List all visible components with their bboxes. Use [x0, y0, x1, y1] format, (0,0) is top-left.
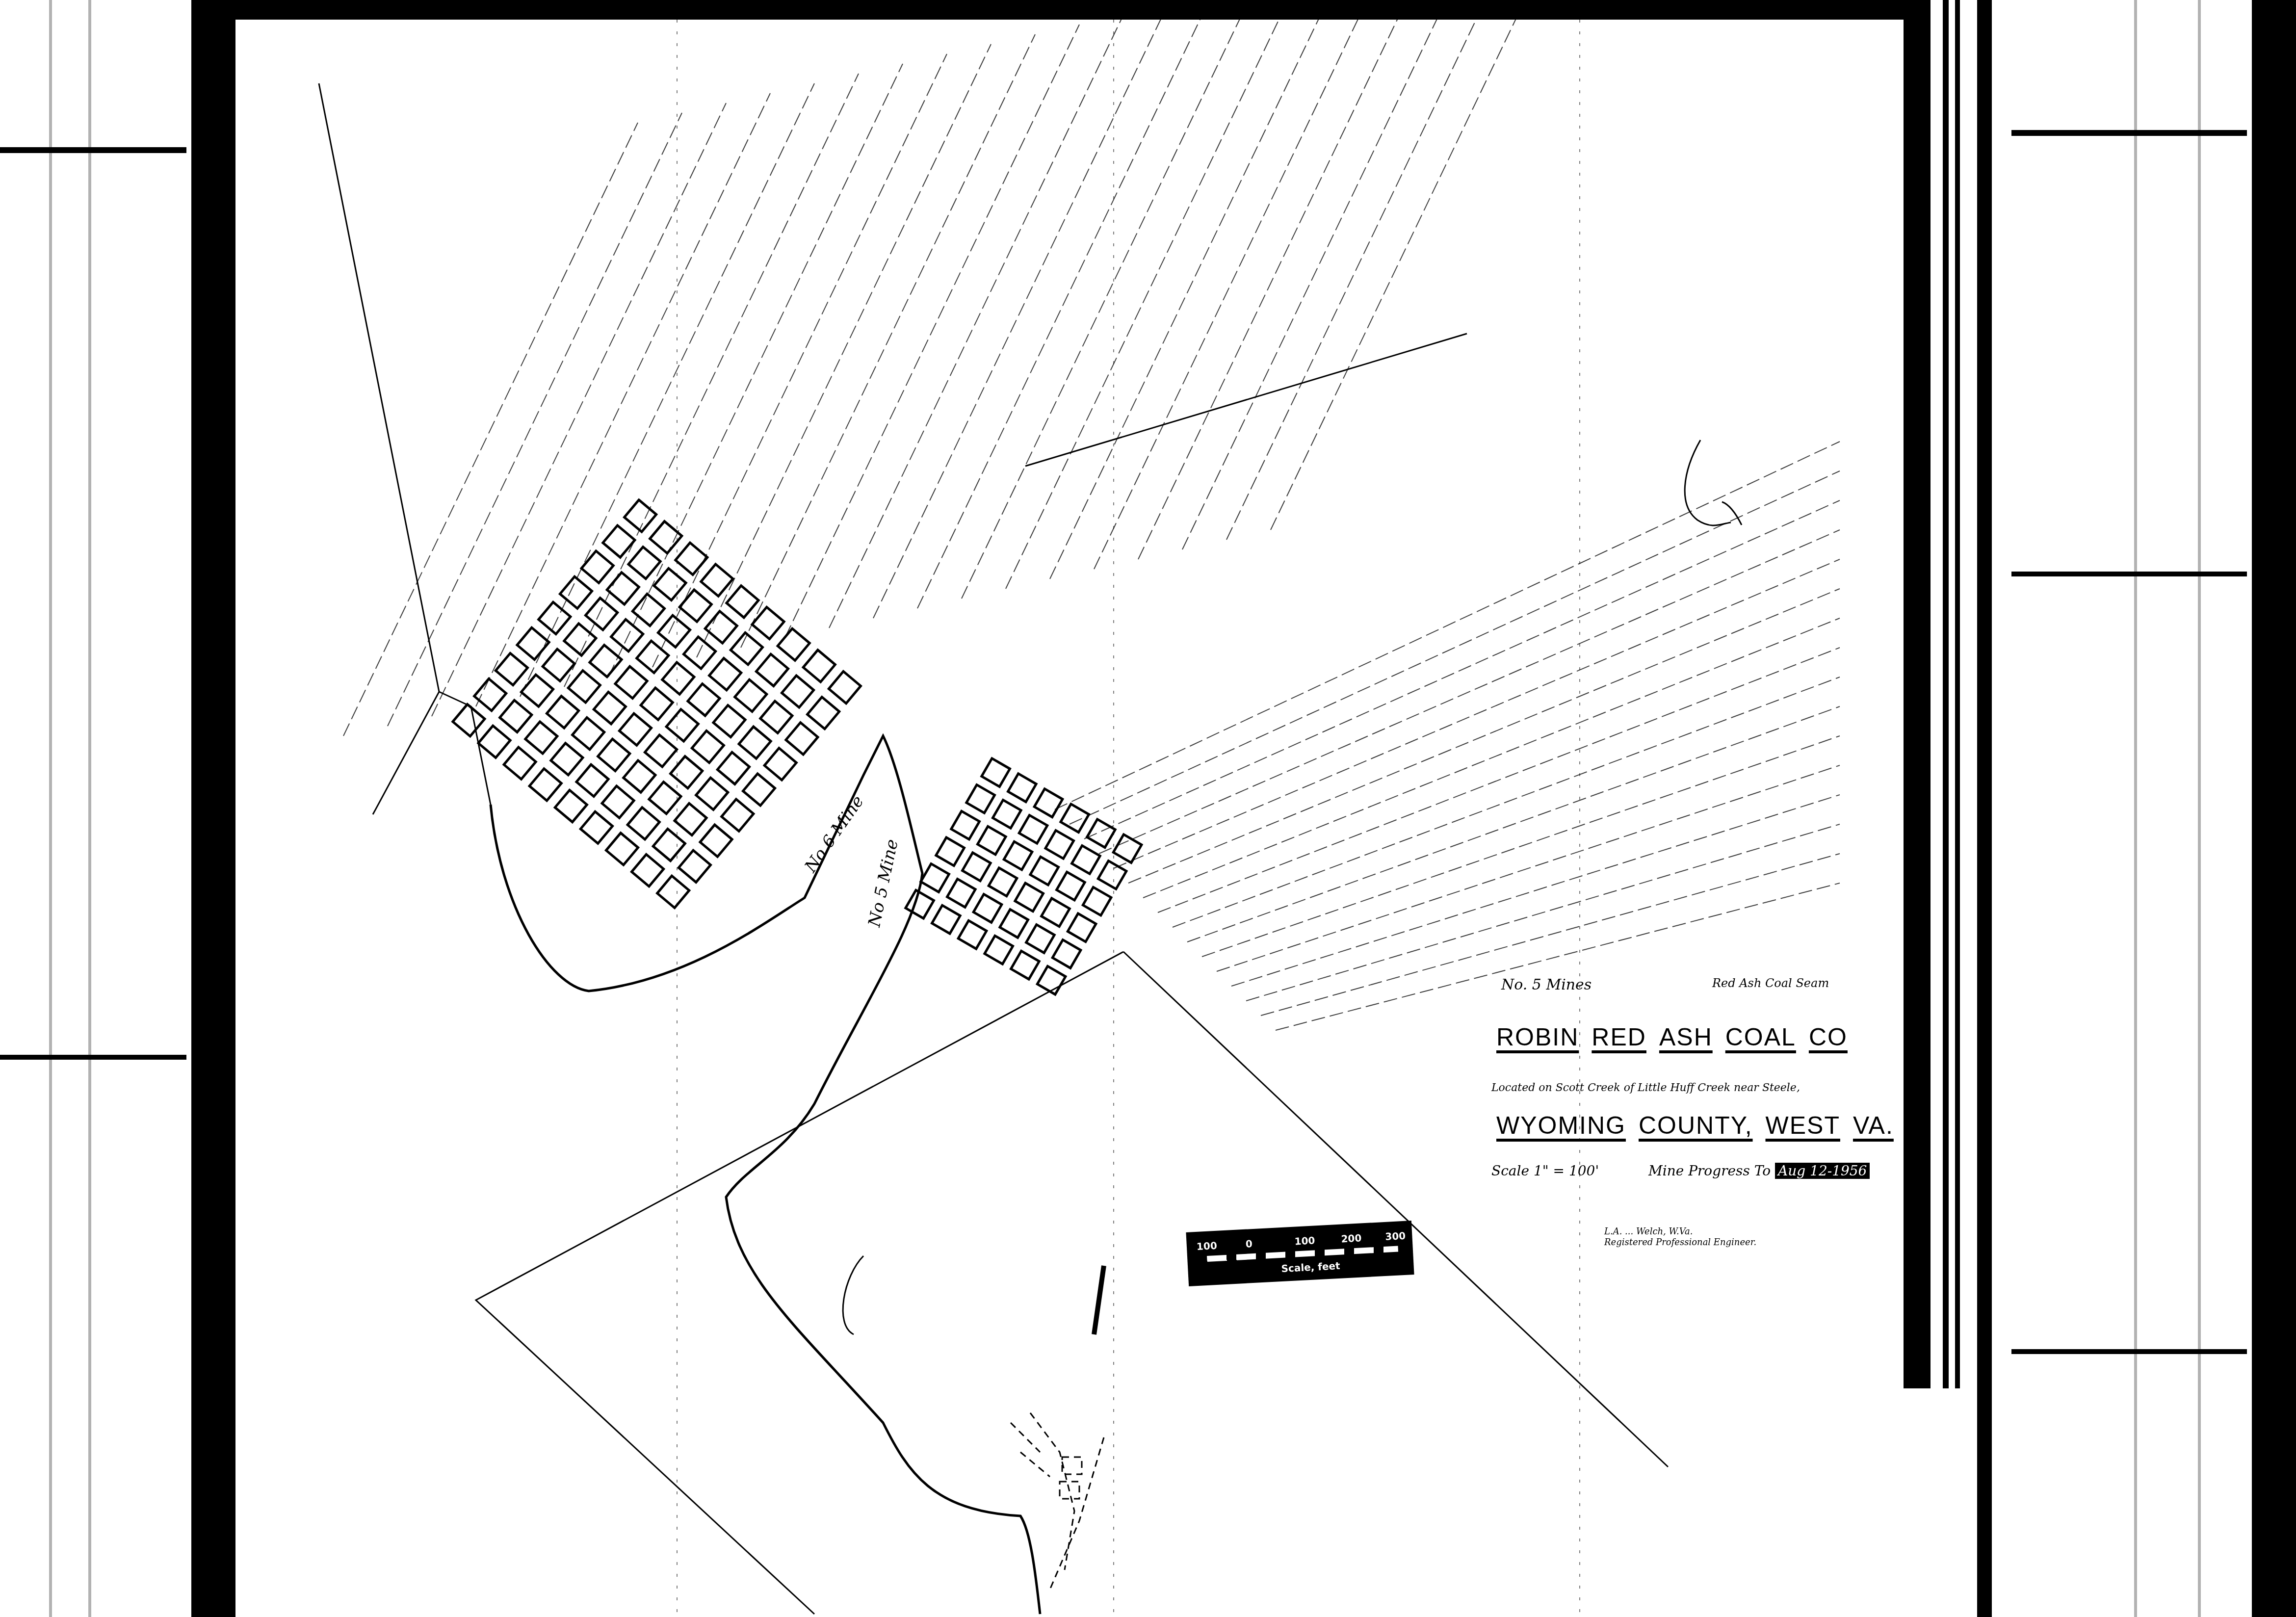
map-sheet: No 6 Mine No 5 Mine 100 0 100 200 300 Sc…: [0, 0, 2296, 1617]
engineer-title: Registered Professional Engineer.: [1604, 1237, 1756, 1248]
county-word: WEST: [1766, 1112, 1840, 1139]
map-drawing: [0, 0, 2296, 1617]
county-word: WYOMING: [1496, 1112, 1626, 1139]
company-word: COAL: [1725, 1023, 1796, 1051]
progress-date: Aug 12-1956: [1775, 1163, 1870, 1179]
company-name: ROBINREDASHCOALCO: [1496, 1023, 1860, 1051]
scale-tick: 300: [1385, 1230, 1406, 1243]
company-word: CO: [1809, 1023, 1848, 1051]
seam-name: Red Ash Coal Seam: [1712, 976, 1829, 990]
scale-tick: 100: [1294, 1234, 1315, 1247]
company-word: ROBIN: [1496, 1023, 1579, 1051]
company-word: ASH: [1659, 1023, 1713, 1051]
engineer-signature: L.A. ... Welch, W.Va.: [1604, 1226, 1756, 1237]
location-note: Located on Scott Creek of Little Huff Cr…: [1491, 1082, 1800, 1094]
company-word: RED: [1592, 1023, 1646, 1051]
scale-tick: 100: [1196, 1240, 1217, 1252]
progress-label: Mine Progress To: [1648, 1163, 1771, 1179]
county-word: COUNTY,: [1639, 1112, 1753, 1139]
county-word: VA.: [1853, 1112, 1894, 1139]
mine-number: No. 5 Mines: [1501, 976, 1592, 993]
county-state: WYOMINGCOUNTY,WESTVA.: [1496, 1111, 1906, 1140]
scale-bar-graphic: [1207, 1246, 1398, 1262]
engineer-block: L.A. ... Welch, W.Va. Registered Profess…: [1604, 1226, 1756, 1248]
scale-text: Scale 1" = 100': [1491, 1163, 1599, 1179]
scale-tick: 200: [1341, 1232, 1362, 1245]
mine-progress: Mine Progress To Aug 12-1956: [1648, 1163, 1870, 1179]
scale-tick: 0: [1245, 1238, 1252, 1250]
scan-border: [0, 0, 2296, 1617]
scale-caption: Scale, feet: [1281, 1260, 1340, 1275]
